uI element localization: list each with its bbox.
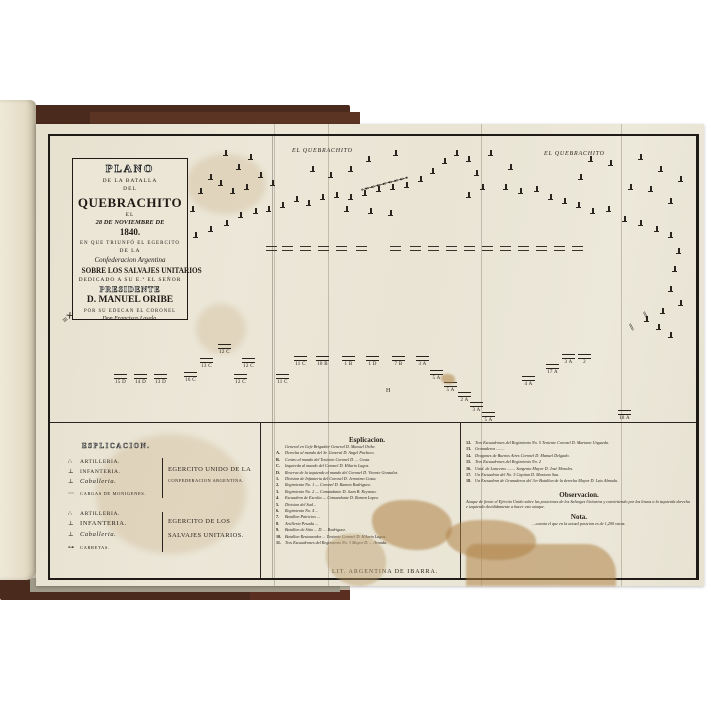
- place-label-quebrachito-2: EL QUEBRACHITO: [544, 151, 605, 157]
- unit-16c: 16 C: [184, 372, 197, 383]
- artillery-battery-icon: ⫽: [641, 310, 652, 321]
- unit-14d: 14 D: [134, 374, 147, 385]
- title-edecan: POR SU EDECAN EL CORONEL: [73, 309, 187, 314]
- legend-title: ESPLICACION.: [82, 442, 150, 450]
- enemy-army-name: EGERCITO DE LOS: [168, 518, 230, 525]
- unit-10b: 10 B: [316, 356, 329, 367]
- title-del: DEL: [73, 187, 187, 193]
- title-cartouche: PLANO DE LA BATALLA DEL QUEBRACHITO EL 2…: [72, 158, 188, 320]
- legend-brace: [162, 512, 163, 552]
- unit-18a: 18 A: [618, 410, 631, 421]
- legend-enemy-wagons: ⊶CARRETAS.: [68, 544, 110, 551]
- observacion-text: Ataque de frente el Ejército Unido sobre…: [466, 499, 692, 509]
- legend-allied-cavalry: ⊥Caballeria.: [68, 478, 116, 485]
- book-left-page: [0, 100, 36, 580]
- water-stain: [441, 374, 455, 384]
- title-date: 28 DE NOVIEMBRE DE: [73, 220, 187, 227]
- unit-7b: 7 B: [392, 356, 405, 367]
- legend-enemy-cavalry: ⊥Caballeria.: [68, 531, 116, 538]
- title-lasala: Don Francisco Lasala.: [73, 316, 187, 322]
- explicacion-title: Esplicacion.: [276, 436, 458, 444]
- place-label-quebrachito-1: EL QUEBRACHITO: [292, 148, 353, 154]
- allied-army-name-2: CONFEDERACION ARGENTINA.: [168, 478, 244, 483]
- title-triunfo: EN QUE TRIUNFÓ EL EGERCITO: [73, 241, 187, 246]
- cavalry-icon: ⊥: [68, 531, 80, 538]
- cavalry-icon: ⊥: [68, 478, 80, 485]
- artillery-icon: ∴: [68, 510, 80, 517]
- explicacion-right-panel: 12.Tres Escuadrones del Regimiento No. 5…: [466, 440, 692, 527]
- folded-map-sheet: PLANO DE LA BATALLA DEL QUEBRACHITO EL 2…: [36, 124, 704, 586]
- title-sobre-unitarios: SOBRE LOS SALVAJES UNITARIOS: [82, 266, 179, 275]
- unit-12c-a: 12 C: [218, 344, 231, 355]
- title-de-la: DE LA: [73, 249, 187, 255]
- wagon-laager: ⊶⊶⊶⊶⊶⊶⊶⊶: [360, 174, 408, 194]
- unit-12c-b: 12 C: [234, 374, 247, 385]
- infantry-icon: ⊥: [68, 468, 80, 475]
- legend-allied-artillery: ∴ARTILLERIA.: [68, 458, 120, 465]
- reserve-marker: H: [386, 388, 390, 394]
- sheet-seam: [272, 136, 273, 578]
- water-stain: [466, 544, 616, 586]
- explicacion-row: 18.Un Escuadron de Granaderos del 3er Ba…: [466, 478, 692, 484]
- unit-2: 2: [578, 354, 591, 365]
- artillery-icon: ∴: [68, 458, 80, 465]
- explicacion-divider: [460, 422, 461, 578]
- unit-13d: 13 D: [154, 374, 167, 385]
- unit-3a-c: 3 A: [562, 354, 575, 365]
- unit-17a: 17 A: [546, 364, 559, 375]
- title-plano: PLANO: [73, 164, 187, 176]
- charge-icon: ⋯: [68, 490, 80, 497]
- wagon-icon: ⊶: [68, 544, 80, 551]
- unit-1b: 1 B: [342, 356, 355, 367]
- title-de-la-batalla: DE LA BATALLA: [73, 179, 187, 185]
- unit-13c: 13 C: [200, 358, 213, 369]
- artillery-battery-icon: ⫽: [627, 322, 638, 333]
- title-dedicado: DEDICADO A SU E.ª EL SEÑOR: [73, 278, 187, 284]
- unit-3a: 3 A: [416, 356, 429, 367]
- legend-enemy-infantry: ⊥INFANTERIA.: [68, 520, 127, 527]
- unit-4a: 4 A: [522, 376, 535, 387]
- legend-allied-infantry: ⊥INFANTERIA.: [68, 468, 121, 475]
- infantry-icon: ⊥: [68, 520, 80, 527]
- unit-12c-c: 12 C: [242, 358, 255, 369]
- title-el: EL: [73, 213, 187, 219]
- map-divider: [50, 422, 696, 423]
- title-quebrachito: QUEBRACHITO: [73, 196, 187, 210]
- unit-15d: 15 D: [114, 374, 127, 385]
- title-confederacion: Confederacion Argentina: [73, 257, 187, 264]
- unit-1d: 1 D: [366, 356, 379, 367]
- legend-allied-charges: ⋯CARGAS DE MONIGENES.: [68, 490, 146, 497]
- unit-11c-a: 11 C: [276, 374, 289, 385]
- allied-army-name: EGERCITO UNIDO DE LA: [168, 466, 251, 473]
- legend-enemy-artillery: ∴ARTILLERIA.: [68, 510, 120, 517]
- unit-5a-c: 5 A: [482, 412, 495, 423]
- legend-panel: ESPLICACION. ∴ARTILLERIA. ⊥INFANTERIA. ⊥…: [62, 434, 272, 576]
- unit-11c-b: 11 C: [294, 356, 307, 367]
- title-year: 1840.: [73, 228, 187, 237]
- enemy-army-name-2: SALVAJES UNITARIOS.: [168, 532, 244, 539]
- title-oribe: D. MANUEL ORIBE: [73, 296, 187, 306]
- legend-brace: [162, 458, 163, 498]
- title-presidente: PRESIDENTE: [73, 286, 187, 294]
- observacion-title: Observacion.: [466, 491, 692, 499]
